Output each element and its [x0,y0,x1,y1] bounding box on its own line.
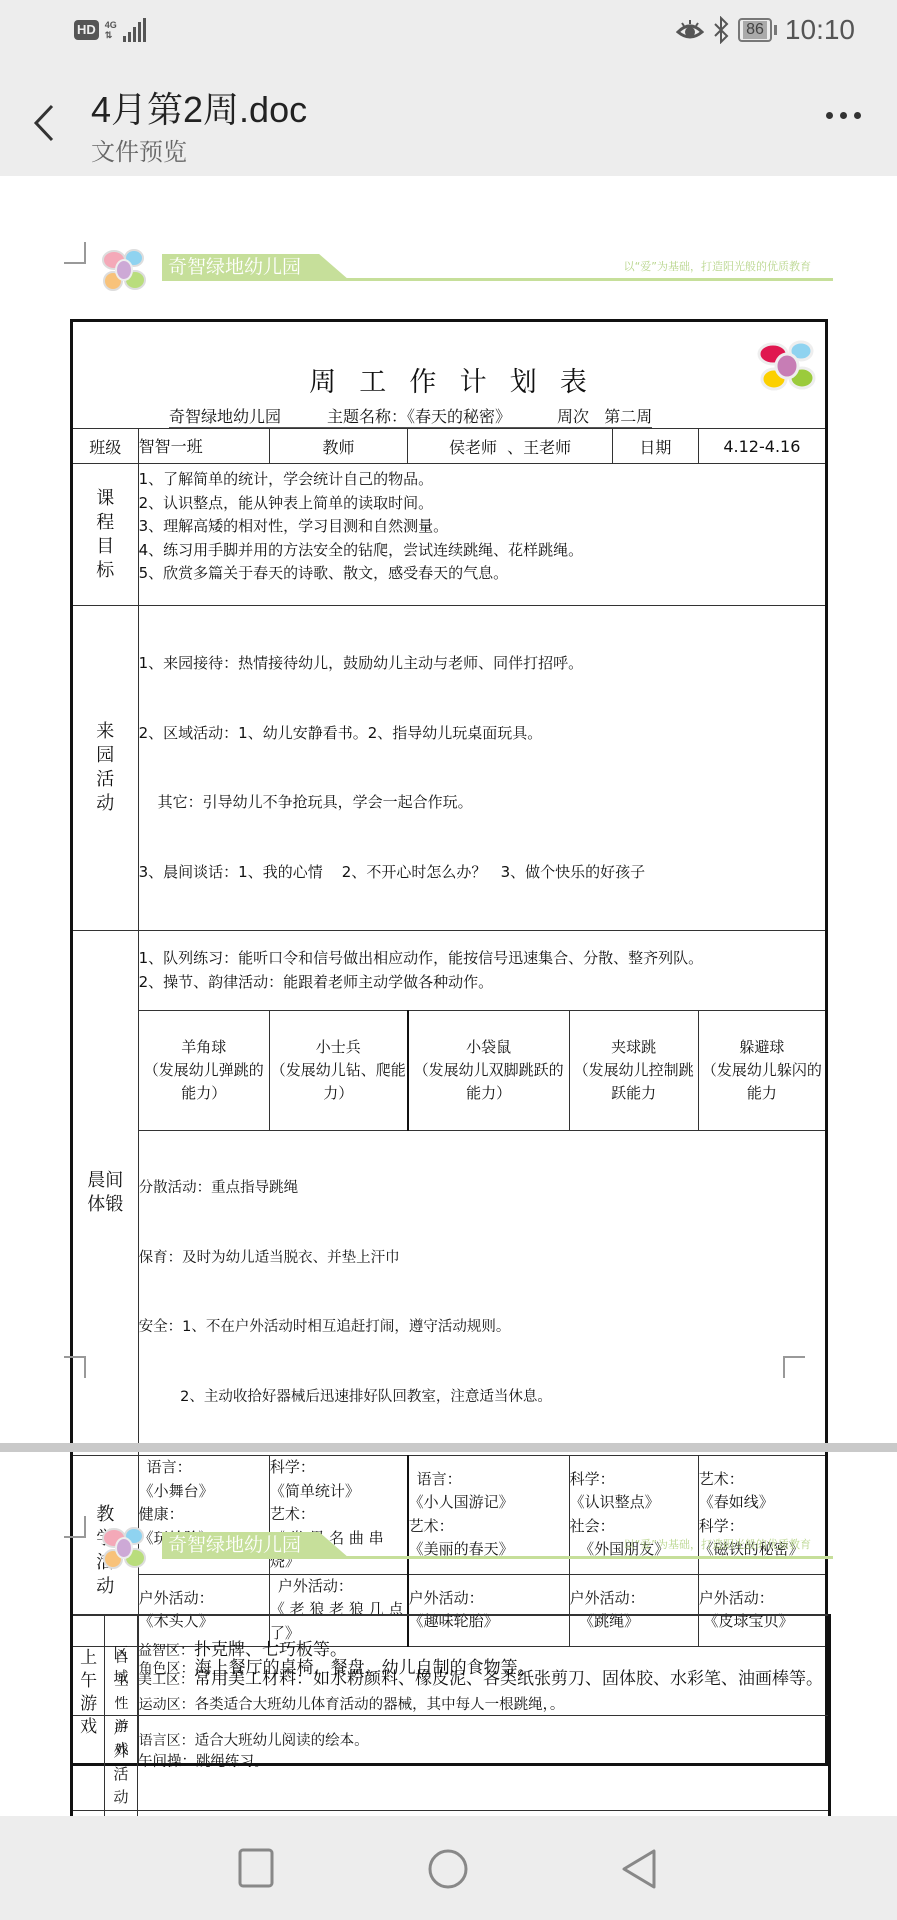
info-row: 班级 智智一班 教师 侯老师 、王老师 日期 4.12-4.16 [72,429,827,464]
exercise-intro: 1、队列练习：能听口令和信号做出相应动作，能按信号迅速集合、分散、整齐列队。 2… [138,931,826,1011]
page-corner-mark [64,1356,86,1378]
arrival-label: 来园活动 [72,606,139,931]
date-label: 日期 [612,429,698,464]
letterhead-slogan: 以“爱”为基础，打造阳光般的优质教育 [624,1536,811,1552]
chevron-left-icon [26,98,62,148]
area-content: 益智区：扑克牌、七巧板等。 美工区：常用美工材料：如水粉颜料、橡皮泥、各类纸张剪… [138,1615,830,1715]
eye-comfort-icon [676,18,704,42]
letterhead-school-name: 奇智绿地幼儿园 [162,1532,349,1558]
square-icon [238,1848,274,1888]
letterhead-page-2: 奇智绿地幼儿园 以“爱”为基础，打造阳光般的优质教育 [98,1524,833,1574]
exercise-notes-row: 分散活动：重点指导跳绳 保育：及时为幼儿适当脱衣、并垫上汗巾 安全：1、不在户外… [72,1131,827,1456]
outdoor-activity-content: 午间操：跳绳练习。 [138,1715,830,1810]
system-nav-bar [0,1816,897,1920]
page-corner-mark [64,1516,86,1538]
flower-logo-icon [98,1524,150,1572]
hd-voice-icon: HD [74,20,99,40]
circle-icon [427,1848,469,1890]
triangle-back-icon [620,1848,658,1890]
game-cell: 夹球跳（发展幼儿控制跳跃能力 [569,1011,698,1131]
letterhead-school-name: 奇智绿地幼儿园 [162,254,349,280]
letterhead-slogan: 以“爱”为基础，打造阳光般的优质教育 [624,258,811,274]
area-row: 区域 益智区：扑克牌、七巧板等。 美工区：常用美工材料：如水粉颜料、橡皮泥、各类… [72,1615,830,1715]
game-cell: 羊角球（发展幼儿弹跳的能力） [138,1011,269,1131]
exercise-intro-row: 晨间体锻 1、队列练习：能听口令和信号做出相应动作，能按信号迅速集合、分散、整齐… [72,931,827,1011]
bluetooth-icon [712,16,730,44]
network-type-icon: 4G ⇅ [105,20,117,40]
screen: HD 4G ⇅ 86 10:10 4月第2周.doc 文件预览 [0,0,897,1920]
home-button[interactable] [427,1848,469,1894]
back-nav-button[interactable] [620,1848,658,1894]
game-cell: 小士兵（发展幼儿钻、爬能力） [269,1011,407,1131]
page-separator [0,1443,897,1452]
exercise-notes: 分散活动：重点指导跳绳 保育：及时为幼儿适当脱衣、并垫上汗巾 安全：1、不在户外… [138,1131,826,1456]
arrival-row: 来园活动 1、来园接待：热情接待幼儿，鼓励幼儿主动与老师、同伴打招呼。 2、区域… [72,606,827,931]
battery-level: 86 [743,21,767,39]
plan-title-block: 周 工 作 计 划 表 奇智绿地幼儿园 主题名称：《春天的秘密》 周次 第二周 [70,319,828,428]
clock: 10:10 [785,14,855,46]
battery-icon: 86 [738,18,777,42]
document-subtitle: 文件预览 [91,132,187,167]
page-corner-mark [64,242,86,264]
recent-apps-button[interactable] [238,1848,274,1892]
goals-label: 课程目标 [72,464,139,606]
corner-flower-logo-icon [757,338,817,394]
status-bar: HD 4G ⇅ 86 10:10 [0,0,897,66]
goals-row: 课程目标 1、了解简单的统计，学会统计自己的物品。 2、认识整点，能从钟表上简单… [72,464,827,606]
flower-logo-icon [98,246,150,294]
area-label: 区域 [105,1615,138,1715]
document-preview[interactable]: 奇智绿地幼儿园 以“爱”为基础，打造阳光般的优质教育 周 工 作 计 划 表 奇… [0,176,897,1816]
class-label: 班级 [72,429,139,464]
plan-subtitle: 奇智绿地幼儿园 主题名称：《春天的秘密》 周次 第二周 [169,404,652,428]
signal-strength-icon [123,18,146,42]
more-options-button[interactable] [826,112,861,119]
letterhead: 奇智绿地幼儿园 以“爱”为基础，打造阳光般的优质教育 [98,246,833,296]
plan-title: 周 工 作 计 划 表 [73,360,825,399]
back-button[interactable] [26,98,62,148]
document-title: 4月第2周.doc [91,82,307,133]
teacher-label: 教师 [269,429,407,464]
game-cell: 躲避球（发展幼儿躲闪的能力 [698,1011,826,1131]
arrival-content: 1、来园接待：热情接待幼儿，鼓励幼儿主动与老师、同伴打招呼。 2、区域活动：1、… [138,606,826,931]
date-value: 4.12-4.16 [698,429,826,464]
teacher-value: 侯老师 、王老师 [408,429,613,464]
weekly-plan-table-page-2: 区域 益智区：扑克牌、七巧板等。 美工区：常用美工材料：如水粉颜料、橡皮泥、各类… [70,1614,831,1816]
goals-content: 1、了解简单的统计，学会统计自己的物品。 2、认识整点，能从钟表上简单的读取时间… [138,464,826,606]
app-header: 4月第2周.doc 文件预览 [0,66,897,176]
page-corner-mark [783,1356,805,1378]
more-dots-icon [826,112,833,119]
class-value: 智智一班 [138,429,269,464]
game-cell: 小袋鼠（发展幼儿双脚跳跃的能力） [408,1011,569,1131]
exercise-games-row: 羊角球（发展幼儿弹跳的能力） 小士兵（发展幼儿钻、爬能力） 小袋鼠（发展幼儿双脚… [72,1011,827,1131]
outdoor-activity-label: 户外活动 [105,1715,138,1810]
outdoor-activity-row: 户外活动 午间操：跳绳练习。 [72,1715,830,1810]
